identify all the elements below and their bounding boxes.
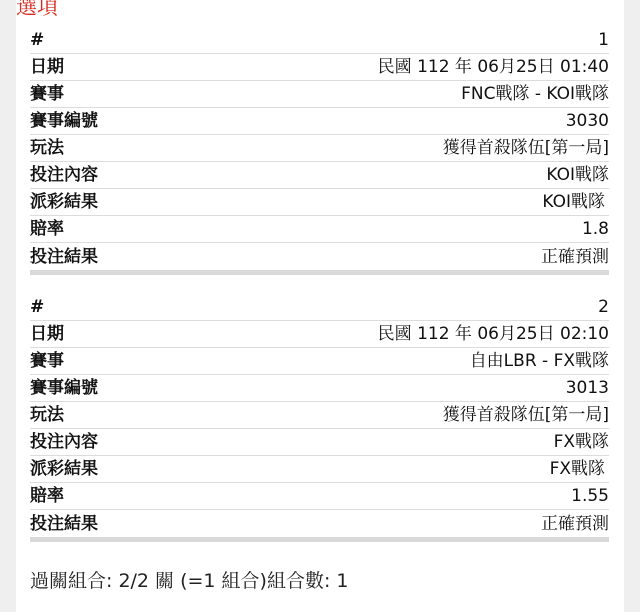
value-play-type: 獲得首殺隊伍[第一局] — [443, 138, 609, 158]
value-match-id: 3013 — [566, 378, 609, 398]
label-date: 日期 — [30, 324, 64, 344]
label-match: 賽事 — [30, 351, 64, 371]
row-match: 賽事FNC戰隊 - KOI戰隊 — [30, 81, 609, 108]
row-match-id: 賽事編號3030 — [30, 108, 609, 135]
label-play-type: 玩法 — [30, 138, 64, 158]
row-bet-result: 投注結果正確預測 — [30, 243, 609, 270]
row-date: 日期民國 112 年 06月25日 02:10 — [30, 321, 609, 348]
value-match-id: 3030 — [566, 111, 609, 131]
value-index: 1 — [598, 30, 609, 50]
value-match: FNC戰隊 - KOI戰隊 — [461, 84, 609, 104]
label-bet-content: 投注內容 — [30, 432, 98, 452]
row-match-id: 賽事編號3013 — [30, 375, 609, 402]
label-index: # — [30, 30, 44, 50]
value-match: 自由LBR - FX戰隊 — [470, 351, 609, 371]
label-odds: 賠率 — [30, 219, 64, 239]
selection-1: #1 日期民國 112 年 06月25日 01:40 賽事FNC戰隊 - KOI… — [30, 27, 609, 275]
label-match: 賽事 — [30, 84, 64, 104]
label-index: # — [30, 297, 44, 317]
row-index: #2 — [30, 294, 609, 321]
parlay-summary: 過關組合: 2/2 關 (=1 組合)組合數: 1 — [30, 566, 349, 593]
row-bet-result: 投注結果正確預測 — [30, 510, 609, 537]
label-match-id: 賽事編號 — [30, 111, 98, 131]
value-date: 民國 112 年 06月25日 02:10 — [378, 324, 609, 344]
value-index: 2 — [598, 297, 609, 317]
row-payout-result: 派彩結果KOI戰隊 — [30, 189, 609, 216]
section-divider — [30, 270, 609, 275]
row-date: 日期民國 112 年 06月25日 01:40 — [30, 54, 609, 81]
value-payout-result: FX戰隊 — [550, 459, 605, 479]
label-date: 日期 — [30, 57, 64, 77]
row-match: 賽事自由LBR - FX戰隊 — [30, 348, 609, 375]
row-odds: 賠率1.8 — [30, 216, 609, 243]
label-bet-result: 投注結果 — [30, 247, 98, 267]
row-bet-content: 投注內容FX戰隊 — [30, 429, 609, 456]
label-bet-content: 投注內容 — [30, 165, 98, 185]
value-odds: 1.55 — [571, 486, 609, 506]
value-bet-result: 正確預測 — [541, 514, 609, 534]
label-payout-result: 派彩結果 — [30, 192, 98, 212]
row-bet-content: 投注內容KOI戰隊 — [30, 162, 609, 189]
section-divider — [30, 537, 609, 542]
value-payout-result: KOI戰隊 — [542, 192, 605, 212]
row-index: #1 — [30, 27, 609, 54]
row-odds: 賠率1.55 — [30, 483, 609, 510]
value-bet-content: FX戰隊 — [554, 432, 609, 452]
row-play-type: 玩法獲得首殺隊伍[第一局] — [30, 135, 609, 162]
selection-2: #2 日期民國 112 年 06月25日 02:10 賽事自由LBR - FX戰… — [30, 294, 609, 542]
value-odds: 1.8 — [582, 219, 609, 239]
value-bet-result: 正確預測 — [541, 247, 609, 267]
value-bet-content: KOI戰隊 — [546, 165, 609, 185]
value-play-type: 獲得首殺隊伍[第一局] — [443, 405, 609, 425]
label-odds: 賠率 — [30, 486, 64, 506]
label-play-type: 玩法 — [30, 405, 64, 425]
section-title: 選項 — [16, 0, 58, 20]
label-bet-result: 投注結果 — [30, 514, 98, 534]
label-match-id: 賽事編號 — [30, 378, 98, 398]
row-payout-result: 派彩結果FX戰隊 — [30, 456, 609, 483]
row-play-type: 玩法獲得首殺隊伍[第一局] — [30, 402, 609, 429]
value-date: 民國 112 年 06月25日 01:40 — [378, 57, 609, 77]
label-payout-result: 派彩結果 — [30, 459, 98, 479]
